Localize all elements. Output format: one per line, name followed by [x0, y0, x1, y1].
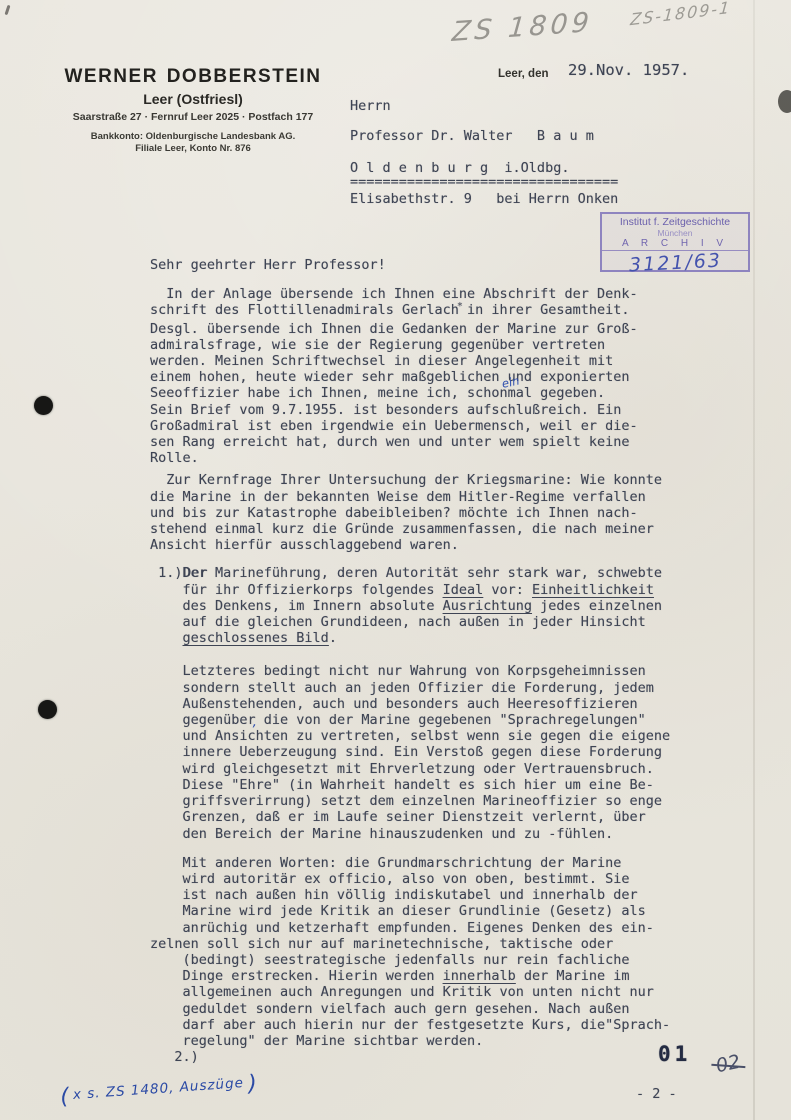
typed-segment: Ideal — [443, 582, 484, 598]
typed-line: geduldet sondern vielfach auch gern gese… — [150, 1001, 695, 1017]
typed-line: Mit anderen Worten: die Grundmarschricht… — [150, 855, 695, 871]
paragraph: Letzteres bedingt nicht nur Wahrung von … — [150, 663, 695, 841]
typed-line: sondern stellt auch an jeden Offizier di… — [150, 680, 695, 696]
corner-ink-mark — [5, 5, 11, 15]
paragraph: 1.)Der Marineführung, deren Autorität se… — [150, 565, 695, 646]
sender-bank-line1: Bankkonto: Oldenburgische Landesbank AG. — [62, 131, 324, 142]
typed-line: sen Rang erreicht hat, durch wen und unt… — [150, 434, 695, 450]
recipient-prefix: Herrn — [350, 98, 391, 114]
page-code-stamp: 01 — [658, 1042, 691, 1066]
recipient-city-underline: ================================= — [350, 174, 618, 190]
typed-line: wird autoritär ex officio, also von oben… — [150, 871, 695, 887]
page-code-crossed-out: 02 — [714, 1051, 742, 1078]
typed-line: admiralsfrage, wie sie der Regierung geg… — [150, 337, 695, 353]
typed-line: Desgl. übersende ich Ihnen die Gedanken … — [150, 321, 695, 337]
typed-line: auf die gleichen Grundideen, nach außen … — [150, 614, 695, 630]
letterhead: WERNER DOBBERSTEIN Leer (Ostfriesl) Saar… — [62, 66, 324, 154]
bottom-margin-note-close-paren: ) — [247, 1071, 257, 1097]
typed-line: stehend einmal kurz die Gründe zusammenf… — [150, 521, 695, 537]
typed-line: die Marine in der bekannten Weise dem Hi… — [150, 489, 695, 505]
typed-segment: geschlossenes Bild — [183, 630, 329, 646]
typed-line: Rolle. — [150, 450, 695, 466]
recipient-name: Professor Dr. Walter B a u m — [350, 128, 594, 144]
salutation: Sehr geehrter Herr Professor! — [150, 257, 695, 273]
archive-stamp-archiv-label: A R C H I V — [602, 238, 748, 249]
paragraph: In der Anlage übersende ich Ihnen eine A… — [150, 286, 695, 466]
typed-line: des Denkens, im Innern absolute Ausricht… — [150, 598, 695, 614]
bottom-margin-note-open-paren: ( — [59, 1084, 69, 1110]
typed-line: Dinge erstrecken. Hierin werden innerhal… — [150, 968, 695, 984]
typed-line: In der Anlage übersende ich Ihnen eine A… — [150, 286, 695, 302]
bottom-margin-note-text: x s. ZS 1480, Auszüge — [72, 1075, 244, 1103]
typed-line: 1.)Der Marineführung, deren Autorität se… — [150, 565, 695, 581]
typed-line: und bis zur Katastrophe dabeibleiben? mö… — [150, 505, 695, 521]
typed-line: zelnen soll sich nur auf marinetechnisch… — [150, 936, 695, 952]
sender-name: WERNER DOBBERSTEIN — [62, 66, 324, 88]
typed-line: anrüchig und ketzerhaft empfunden. Eigen… — [150, 920, 695, 936]
typed-line: einem hohen, heute wieder sehr maßgeblic… — [150, 369, 695, 385]
recipient-street: Elisabethstr. 9 bei Herrn Onken — [350, 191, 618, 207]
paragraph: Mit anderen Worten: die Grundmarschricht… — [150, 855, 695, 1049]
typed-line: für ihr Offizierkorps folgendes Ideal vo… — [150, 582, 695, 598]
pencil-archive-signature: ZS 1809 — [451, 7, 594, 48]
pencil-archive-signature-secondary: ZS-1809-1 — [630, 0, 732, 29]
scanned-letter-page: ZS 1809 ZS-1809-1 WERNER DOBBERSTEIN Lee… — [0, 0, 791, 1120]
typed-line: werden. Meinen Schriftwechsel in dieser … — [150, 353, 695, 369]
typed-line: Zur Kernfrage Ihrer Untersuchung der Kri… — [150, 472, 695, 488]
typed-line: gegenüber, die von der Marine gegebenen … — [150, 712, 695, 728]
bottom-margin-note: ( x s. ZS 1480, Auszüge ) — [59, 1071, 257, 1110]
typed-segment: Einheitlichkeit — [532, 582, 654, 598]
sender-city: Leer (Ostfriesl) — [62, 91, 324, 107]
typed-line: den Bereich der Marine hinauszudenken un… — [150, 826, 695, 842]
typed-line: Ansicht hierfür ausschlaggebend waren. — [150, 537, 695, 553]
typed-line: Diese "Ehre" (in Wahrheit handelt es sic… — [150, 777, 695, 793]
dateline-typed-date: 29.Nov. 1957. — [568, 61, 689, 79]
typed-line: allgemeinen auch Anregungen und Kritik v… — [150, 984, 695, 1000]
sender-bank-line2: Filiale Leer, Konto Nr. 876 — [62, 143, 324, 154]
typed-line: und Ansichten zu vertreten, selbst wenn … — [150, 728, 695, 744]
typed-line: innere Ueberzeugung sind. Ein Verstoß ge… — [150, 744, 695, 760]
punch-hole-top — [34, 396, 53, 415]
letter-body-text: Sehr geehrter Herr Professor! In der Anl… — [150, 257, 695, 1065]
typed-line: Seeoffizier habe ich Ihnen, meine ich, s… — [150, 385, 695, 401]
typed-line: Großadmiral ist eben irgendwie ein Ueber… — [150, 418, 695, 434]
typed-line: 2.) — [150, 1049, 695, 1065]
right-edge-dark-mark — [778, 90, 791, 113]
paragraph: Zur Kernfrage Ihrer Untersuchung der Kri… — [150, 472, 695, 553]
typed-line: Außenstehenden, auch und besonders auch … — [150, 696, 695, 712]
punch-hole-bottom — [38, 700, 57, 719]
typed-line: griffsverirrung) setzt dem einzelnen Mar… — [150, 793, 695, 809]
typed-line: geschlossenes Bild. — [150, 630, 695, 646]
archive-stamp-institution: Institut f. Zeitgeschichte — [602, 216, 748, 228]
typed-segment: innerhalb — [443, 968, 516, 984]
typed-line: schrift des Flottillenadmirals Gerlach* … — [150, 302, 695, 320]
typed-page-number: - 2 - — [636, 1086, 677, 1102]
archive-stamp-city: München — [602, 228, 748, 238]
typed-segment: Der — [183, 565, 207, 581]
paper-crease — [753, 0, 755, 1120]
sender-address-line: Saarstraße 27 · Fernruf Leer 2025 · Post… — [62, 111, 324, 123]
typed-line: ist nach außen hin völlig indiskutabel u… — [150, 887, 695, 903]
typed-line: Marine wird jede Kritik an dieser Grundl… — [150, 903, 695, 919]
typed-line: darf aber auch hierin nur der festgesetz… — [150, 1017, 695, 1033]
typed-line: (bedingt) seestrategische jedenfalls nur… — [150, 952, 695, 968]
typed-line: Sein Brief vom 9.7.1955. ist besonders a… — [150, 402, 695, 418]
typed-segment: Ausrichtung — [443, 598, 532, 614]
typed-line: regelung" der Marine sichtbar werden. — [150, 1033, 695, 1049]
typed-line: Grenzen, daß er im Laufe seiner Dienstze… — [150, 809, 695, 825]
paragraph: 2.) — [150, 1049, 695, 1065]
dateline-place-label: Leer, den — [498, 68, 549, 80]
typed-line: Letzteres bedingt nicht nur Wahrung von … — [150, 663, 695, 679]
typed-line: wird gleichgesetzt mit Ehrverletzung ode… — [150, 761, 695, 777]
